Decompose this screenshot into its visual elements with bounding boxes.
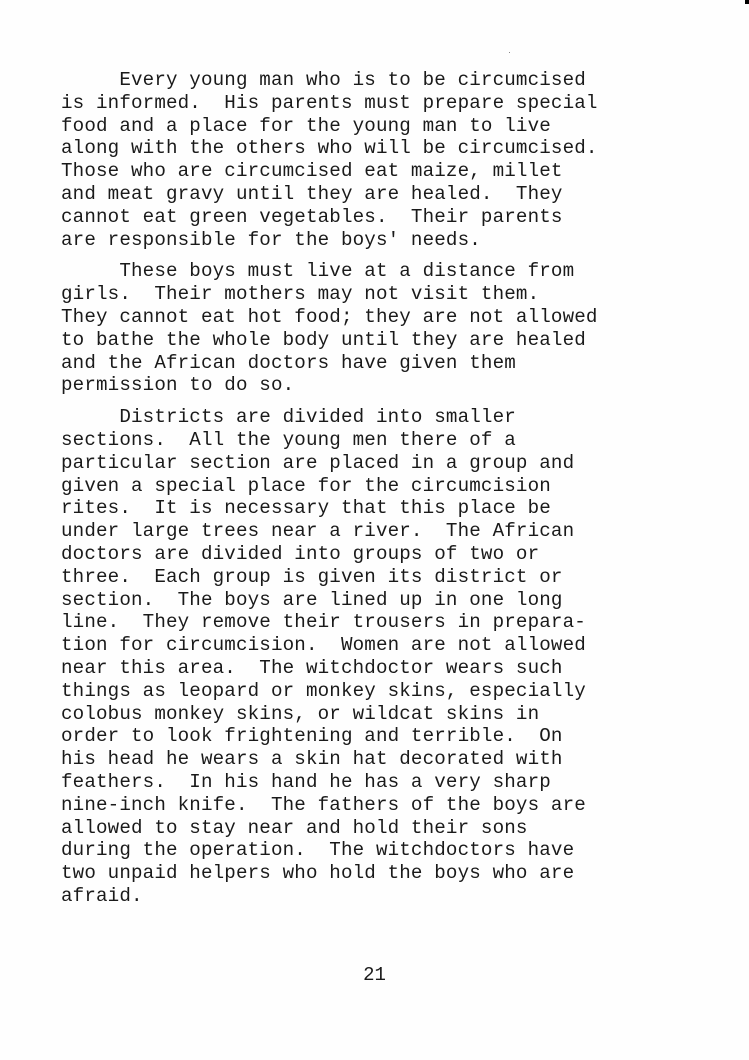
text-line: and meat gravy until they are healed. Th… (61, 183, 701, 206)
text-line: afraid. (61, 885, 701, 908)
text-line: and the African doctors have given them (61, 352, 701, 375)
text-line: permission to do so. (61, 374, 701, 397)
text-line: order to look frightening and terrible. … (61, 725, 701, 748)
text-line: section. The boys are lined up in one lo… (61, 589, 701, 612)
text-line: girls. Their mothers may not visit them. (61, 283, 701, 306)
text-line: is informed. His parents must prepare sp… (61, 92, 701, 115)
text-line: two unpaid helpers who hold the boys who… (61, 862, 701, 885)
text-line: given a special place for the circumcisi… (61, 475, 701, 498)
text-line: during the operation. The witchdoctors h… (61, 839, 701, 862)
page-number: 21 (0, 964, 749, 986)
text-line: colobus monkey skins, or wildcat skins i… (61, 703, 701, 726)
text-line: line. They remove their trousers in prep… (61, 611, 701, 634)
text-line: food and a place for the young man to li… (61, 115, 701, 138)
text-line: rites. It is necessary that this place b… (61, 497, 701, 520)
text-line: along with the others who will be circum… (61, 137, 701, 160)
text-line: These boys must live at a distance from (61, 260, 701, 283)
text-line: They cannot eat hot food; they are not a… (61, 306, 701, 329)
text-line: Every young man who is to be circumcised (61, 69, 701, 92)
text-line: particular section are placed in a group… (61, 452, 701, 475)
document-page: Every young man who is to be circumcised… (0, 0, 749, 1060)
text-line: things as leopard or monkey skins, espec… (61, 680, 701, 703)
text-line: Those who are circumcised eat maize, mil… (61, 160, 701, 183)
text-line: are responsible for the boys' needs. (61, 229, 701, 252)
body-text: Every young man who is to be circumcised… (61, 69, 701, 917)
text-line: sections. All the young men there of a (61, 429, 701, 452)
text-line: doctors are divided into groups of two o… (61, 543, 701, 566)
paragraph-1: Every young man who is to be circumcised… (61, 69, 701, 251)
text-line: allowed to stay near and hold their sons (61, 817, 701, 840)
text-line: nine-inch knife. The fathers of the boys… (61, 794, 701, 817)
scan-speck (509, 52, 510, 53)
text-line: cannot eat green vegetables. Their paren… (61, 206, 701, 229)
text-line: his head he wears a skin hat decorated w… (61, 748, 701, 771)
text-line: near this area. The witchdoctor wears su… (61, 657, 701, 680)
text-line: Districts are divided into smaller (61, 406, 701, 429)
text-line: to bathe the whole body until they are h… (61, 329, 701, 352)
scan-corner-mark (745, 0, 749, 4)
text-line: feathers. In his hand he has a very shar… (61, 771, 701, 794)
text-line: tion for circumcision. Women are not all… (61, 634, 701, 657)
text-line: three. Each group is given its district … (61, 566, 701, 589)
paragraph-3: Districts are divided into smaller secti… (61, 406, 701, 908)
paragraph-2: These boys must live at a distance from … (61, 260, 701, 397)
text-line: under large trees near a river. The Afri… (61, 520, 701, 543)
